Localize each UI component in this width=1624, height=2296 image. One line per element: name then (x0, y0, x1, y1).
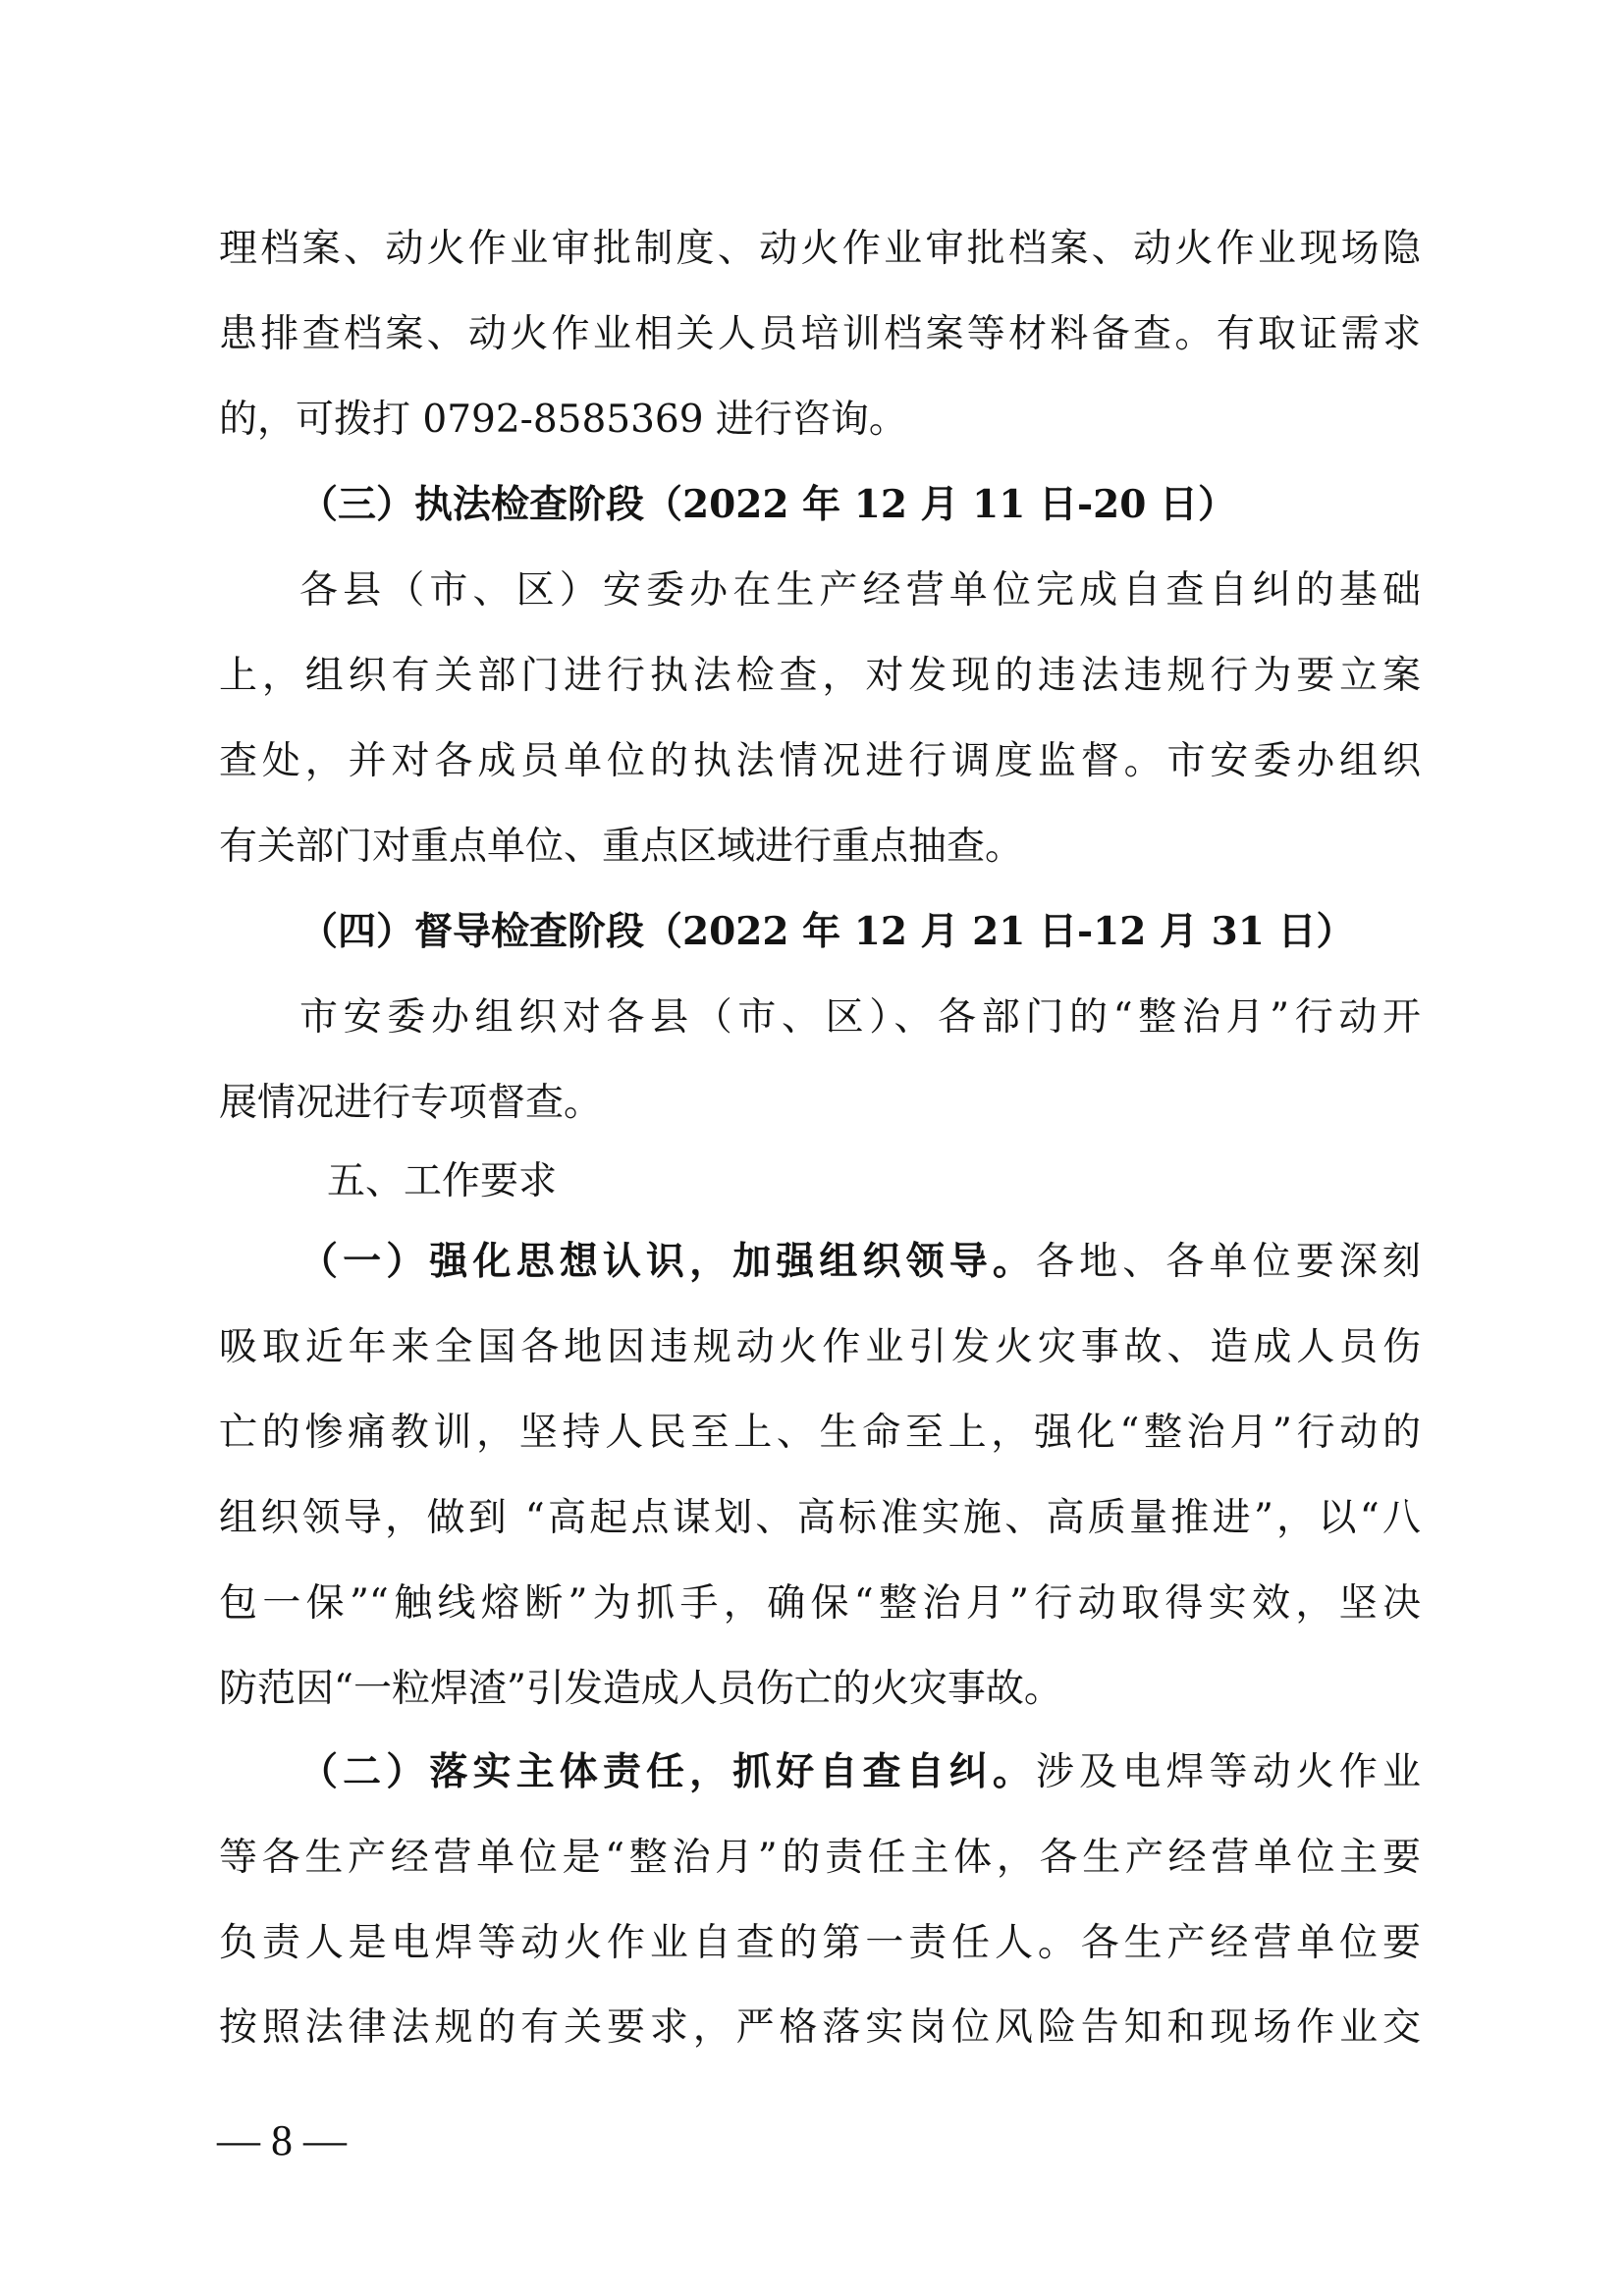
section-heading-enforcement-stage: （三）执法检查阶段（2022 年 12 月 11 日-20 日） (219, 462, 1421, 548)
document-page: 理档案、动火作业审批制度、动火作业审批档案、动火作业现场隐 患排查档案、动火作业… (0, 0, 1624, 2296)
item-lead-rest: 各地、各单位要深刻 (1036, 1240, 1421, 1284)
paragraph-line: 负责人是电焊等动火作业自查的第一责任人。各生产经营单位要 (219, 1900, 1421, 1986)
paragraph-line: 有关部门对重点单位、重点区域进行重点抽查。 (219, 804, 1421, 889)
paragraph-line: 吸取近年来全国各地因违规动火作业引发火灾事故、造成人员伤 (219, 1305, 1421, 1390)
paragraph-line: 理档案、动火作业审批制度、动火作业审批档案、动火作业现场隐 (219, 206, 1421, 292)
paragraph-line: 组织领导，做到 “高起点谋划、高标准实施、高质量推进”，以“八 (219, 1475, 1421, 1561)
item-first-line: （一）强化思想认识，加强组织领导。各地、各单位要深刻 (219, 1219, 1421, 1305)
paragraph-line: 查处，并对各成员单位的执法情况进行调度监督。市安委办组织 (219, 719, 1421, 804)
paragraph-line: 包一保”“触线熔断”为抓手，确保“整治月”行动取得实效，坚决 (219, 1561, 1421, 1646)
section-heading-supervision-stage: （四）督导检查阶段（2022 年 12 月 21 日-12 月 31 日） (219, 889, 1421, 975)
chapter-heading-work-requirements: 五、工作要求 (219, 1139, 1421, 1224)
paragraph-line: 展情况进行专项督查。 (219, 1060, 1421, 1146)
paragraph-line: 的，可拨打 0792-8585369 进行咨询。 (219, 377, 1421, 462)
page-number: — 8 — (217, 2116, 347, 2165)
paragraph-line: 市安委办组织对各县（市、区）、各部门的“整治月”行动开 (219, 975, 1421, 1060)
paragraph-line: 等各生产经营单位是“整治月”的责任主体，各生产经营单位主要 (219, 1815, 1421, 1900)
paragraph-line: 按照法律法规的有关要求，严格落实岗位风险告知和现场作业交 (219, 1985, 1421, 2070)
item-first-line: （二）落实主体责任，抓好自查自纠。涉及电焊等动火作业 (219, 1730, 1421, 1815)
item-lead-title: （一）强化思想认识，加强组织领导。 (299, 1239, 1036, 1284)
item-lead-rest: 涉及电焊等动火作业 (1036, 1750, 1421, 1794)
paragraph-line: 亡的惨痛教训，坚持人民至上、生命至上，强化“整治月”行动的 (219, 1390, 1421, 1475)
paragraph-line: 患排查档案、动火作业相关人员培训档案等材料备查。有取证需求 (219, 292, 1421, 377)
item-lead-title: （二）落实主体责任，抓好自查自纠。 (299, 1749, 1036, 1794)
paragraph-line: 上，组织有关部门进行执法检查，对发现的违法违规行为要立案 (219, 633, 1421, 719)
paragraph-line: 各县（市、区）安委办在生产经营单位完成自查自纠的基础 (219, 548, 1421, 633)
paragraph-line: 防范因“一粒焊渣”引发造成人员伤亡的火灾事故。 (219, 1646, 1421, 1732)
